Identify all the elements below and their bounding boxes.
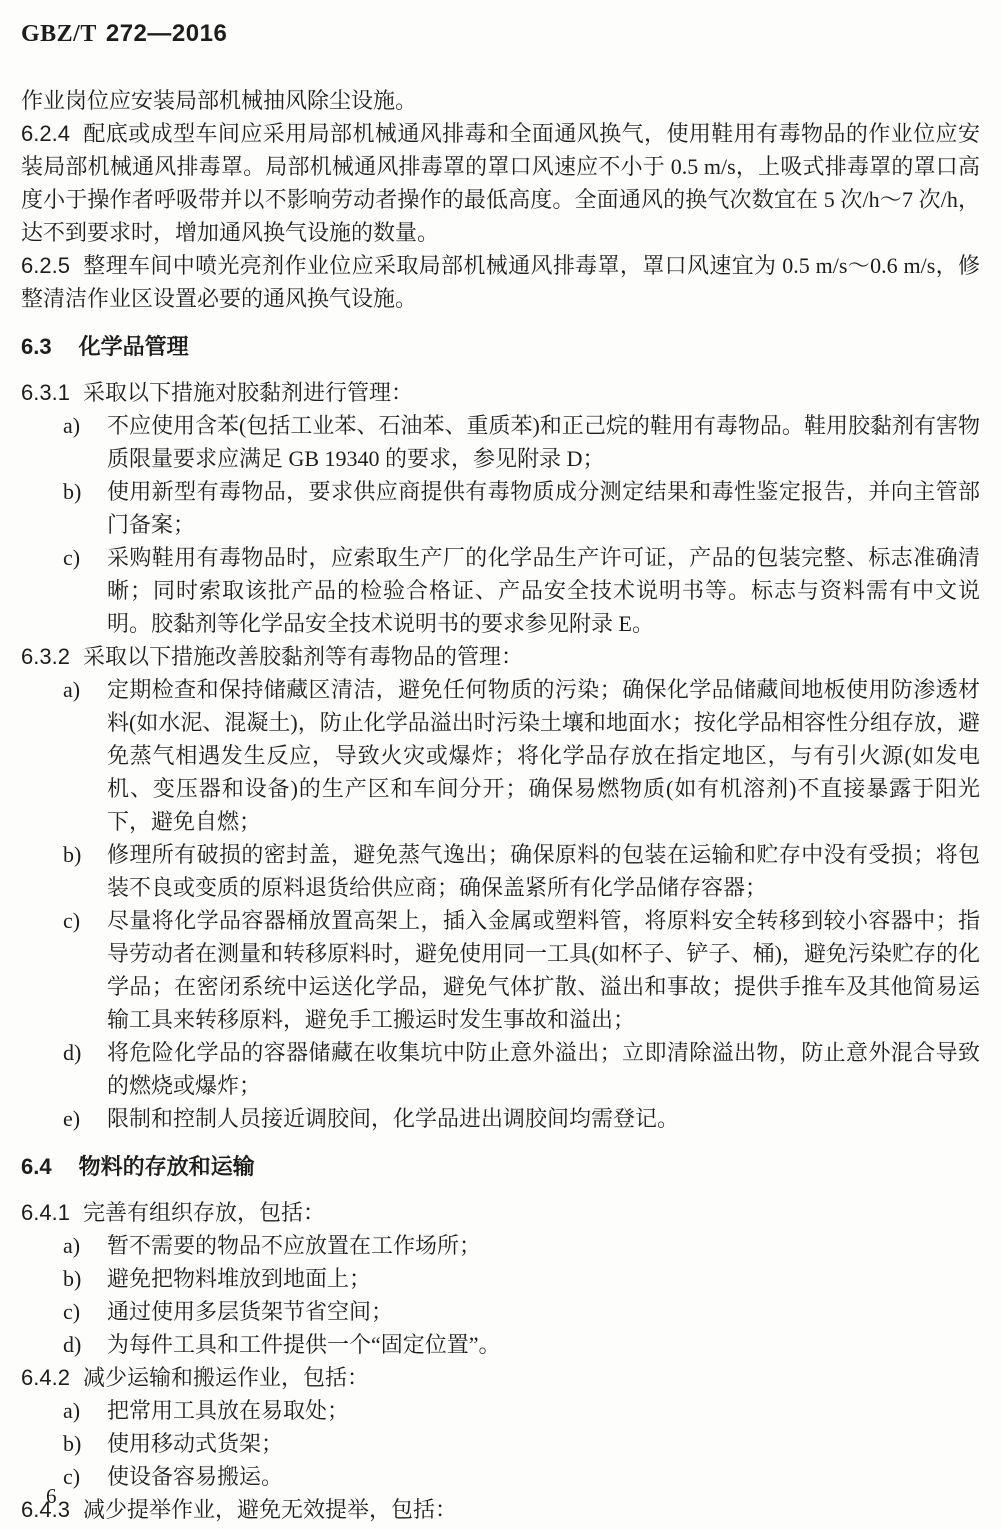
list-item: b) 使用移动式货架； [21,1427,980,1460]
list-item-marker: c) [63,1460,107,1493]
clause-6-2-4: 6.2.4配底或成型车间应采用局部机械通风排毒和全面通风换气，使用鞋用有毒物品的… [21,117,980,249]
clause-number: 6.2.4 [21,121,83,146]
clause-number: 6.4.1 [21,1200,83,1225]
section-title: 化学品管理 [79,334,189,359]
list-item-marker: c) [63,1295,107,1328]
paragraph-text: 作业岗位应安装局部机械抽风除尘设施。 [21,88,417,113]
clause-6-4-1: 6.4.1完善有组织存放，包括： [21,1196,980,1229]
list-item-marker: a) [63,1229,107,1262]
section-number: 6.3 [21,334,79,359]
list-item-marker: b) [63,1427,107,1460]
page-number: 6 [46,1484,57,1508]
standard-number-header: GBZ/T272—2016 [21,20,980,48]
list-item-marker: d) [63,1328,107,1361]
list-item: a) 暂不需要的物品不应放置在工作场所； [21,1229,980,1262]
document-page: GBZ/T272—2016 作业岗位应安装局部机械抽风除尘设施。 6.2.4配底… [0,0,1002,1530]
intro-paragraph: 作业岗位应安装局部机械抽风除尘设施。 [21,84,980,117]
clause-number: 6.3.2 [21,644,83,669]
list-item-text: 采购鞋用有毒物品时，应索取生产厂的化学品生产许可证，产品的包装完整、标志准确清晰… [107,541,980,640]
clause-text: 完善有组织存放，包括： [83,1200,325,1225]
list-item: d) 将危险化学品的容器储藏在收集坑中防止意外溢出；立即清除溢出物，防止意外混合… [21,1036,980,1102]
list-item-marker: b) [63,1262,107,1295]
list-item-marker: b) [63,838,107,904]
list-item: a) 把常用工具放在易取处； [21,1394,980,1427]
list-item-text: 暂不需要的物品不应放置在工作场所； [107,1229,980,1262]
list-6-3-1: a) 不应使用含苯(包括工业苯、石油苯、重质苯)和正己烷的鞋用有毒物品。鞋用胶黏… [21,409,980,640]
clause-text: 减少运输和搬运作业，包括： [83,1365,369,1390]
list-item-text: 定期检查和保持储藏区清洁，避免任何物质的污染；确保化学品储藏间地板使用防渗透材料… [107,673,980,838]
clause-6-2-5: 6.2.5整理车间中喷光亮剂作业位应采取局部机械通风排毒罩，罩口风速宜为 0.5… [21,249,980,315]
list-item-marker: c) [63,541,107,640]
list-item-text: 避免把物料堆放到地面上； [107,1262,980,1295]
clause-6-3-1: 6.3.1采取以下措施对胶黏剂进行管理： [21,376,980,409]
list-item: b) 使用新型有毒物品，要求供应商提供有毒物质成分测定结果和毒性鉴定报告，并向主… [21,475,980,541]
list-item-text: 限制和控制人员接近调胶间，化学品进出调胶间均需登记。 [107,1102,980,1135]
section-heading-6-3: 6.3化学品管理 [21,330,980,363]
list-item-marker: d) [63,1036,107,1102]
list-item-text: 把常用工具放在易取处； [107,1394,980,1427]
list-item-text: 使设备容易搬运。 [107,1460,980,1493]
list-item-marker: a) [63,409,107,475]
list-item-text: 为每件工具和工件提供一个“固定位置”。 [107,1328,980,1361]
standard-edition: 272—2016 [106,20,227,47]
clause-number: 6.3.1 [21,380,83,405]
list-item-text: 通过使用多层货架节省空间； [107,1295,980,1328]
section-number: 6.4 [21,1154,79,1179]
list-item-text: 尽量将化学品容器桶放置高架上，插入金属或塑料管，将原料安全转移到较小容器中；指导… [107,904,980,1036]
list-item: c) 使设备容易搬运。 [21,1460,980,1493]
list-item-marker: a) [63,1394,107,1427]
list-item: e) 限制和控制人员接近调胶间，化学品进出调胶间均需登记。 [21,1102,980,1135]
clause-text: 采取以下措施改善胶黏剂等有毒物品的管理： [83,644,523,669]
clause-text: 配底或成型车间应采用局部机械通风排毒和全面通风换气，使用鞋用有毒物品的作业位应安… [21,121,980,245]
list-item: c) 通过使用多层货架节省空间； [21,1295,980,1328]
list-6-3-2: a) 定期检查和保持储藏区清洁，避免任何物质的污染；确保化学品储藏间地板使用防渗… [21,673,980,1135]
list-item-text: 修理所有破损的密封盖，避免蒸气逸出；确保原料的包装在运输和贮存中没有受损；将包装… [107,838,980,904]
clause-6-4-3: 6.4.3减少提举作业，避免无效提举，包括： [21,1493,980,1526]
list-item-text: 将危险化学品的容器储藏在收集坑中防止意外溢出；立即清除溢出物，防止意外混合导致的… [107,1036,980,1102]
list-item: b) 避免把物料堆放到地面上； [21,1262,980,1295]
clause-text: 采取以下措施对胶黏剂进行管理： [83,380,413,405]
list-item: d) 为每件工具和工件提供一个“固定位置”。 [21,1328,980,1361]
section-title: 物料的存放和运输 [79,1154,255,1179]
list-item-marker: c) [63,904,107,1036]
list-item: a) 不应使用含苯(包括工业苯、石油苯、重质苯)和正己烷的鞋用有毒物品。鞋用胶黏… [21,409,980,475]
list-item: c) 采购鞋用有毒物品时，应索取生产厂的化学品生产许可证，产品的包装完整、标志准… [21,541,980,640]
list-item-marker: e) [63,1102,107,1135]
list-item: b) 修理所有破损的密封盖，避免蒸气逸出；确保原料的包装在运输和贮存中没有受损；… [21,838,980,904]
clause-text: 整理车间中喷光亮剂作业位应采取局部机械通风排毒罩，罩口风速宜为 0.5 m/s～… [21,253,980,311]
clause-number: 6.2.5 [21,253,83,278]
section-heading-6-4: 6.4物料的存放和运输 [21,1150,980,1183]
clause-6-4-2: 6.4.2减少运输和搬运作业，包括： [21,1361,980,1394]
clause-6-3-2: 6.3.2采取以下措施改善胶黏剂等有毒物品的管理： [21,640,980,673]
standard-code: GBZ/T [21,21,97,47]
list-6-4-1: a) 暂不需要的物品不应放置在工作场所； b) 避免把物料堆放到地面上； c) … [21,1229,980,1361]
clause-number: 6.4.2 [21,1365,83,1390]
list-item-text: 不应使用含苯(包括工业苯、石油苯、重质苯)和正己烷的鞋用有毒物品。鞋用胶黏剂有害… [107,409,980,475]
list-item-marker: b) [63,475,107,541]
list-item-text: 使用移动式货架； [107,1427,980,1460]
list-6-4-2: a) 把常用工具放在易取处； b) 使用移动式货架； c) 使设备容易搬运。 [21,1394,980,1493]
clause-text: 减少提举作业，避免无效提举，包括： [83,1497,457,1522]
list-item-text: 使用新型有毒物品，要求供应商提供有毒物质成分测定结果和毒性鉴定报告，并向主管部门… [107,475,980,541]
list-item-marker: a) [63,673,107,838]
list-item: a) 定期检查和保持储藏区清洁，避免任何物质的污染；确保化学品储藏间地板使用防渗… [21,673,980,838]
list-item: c) 尽量将化学品容器桶放置高架上，插入金属或塑料管，将原料安全转移到较小容器中… [21,904,980,1036]
